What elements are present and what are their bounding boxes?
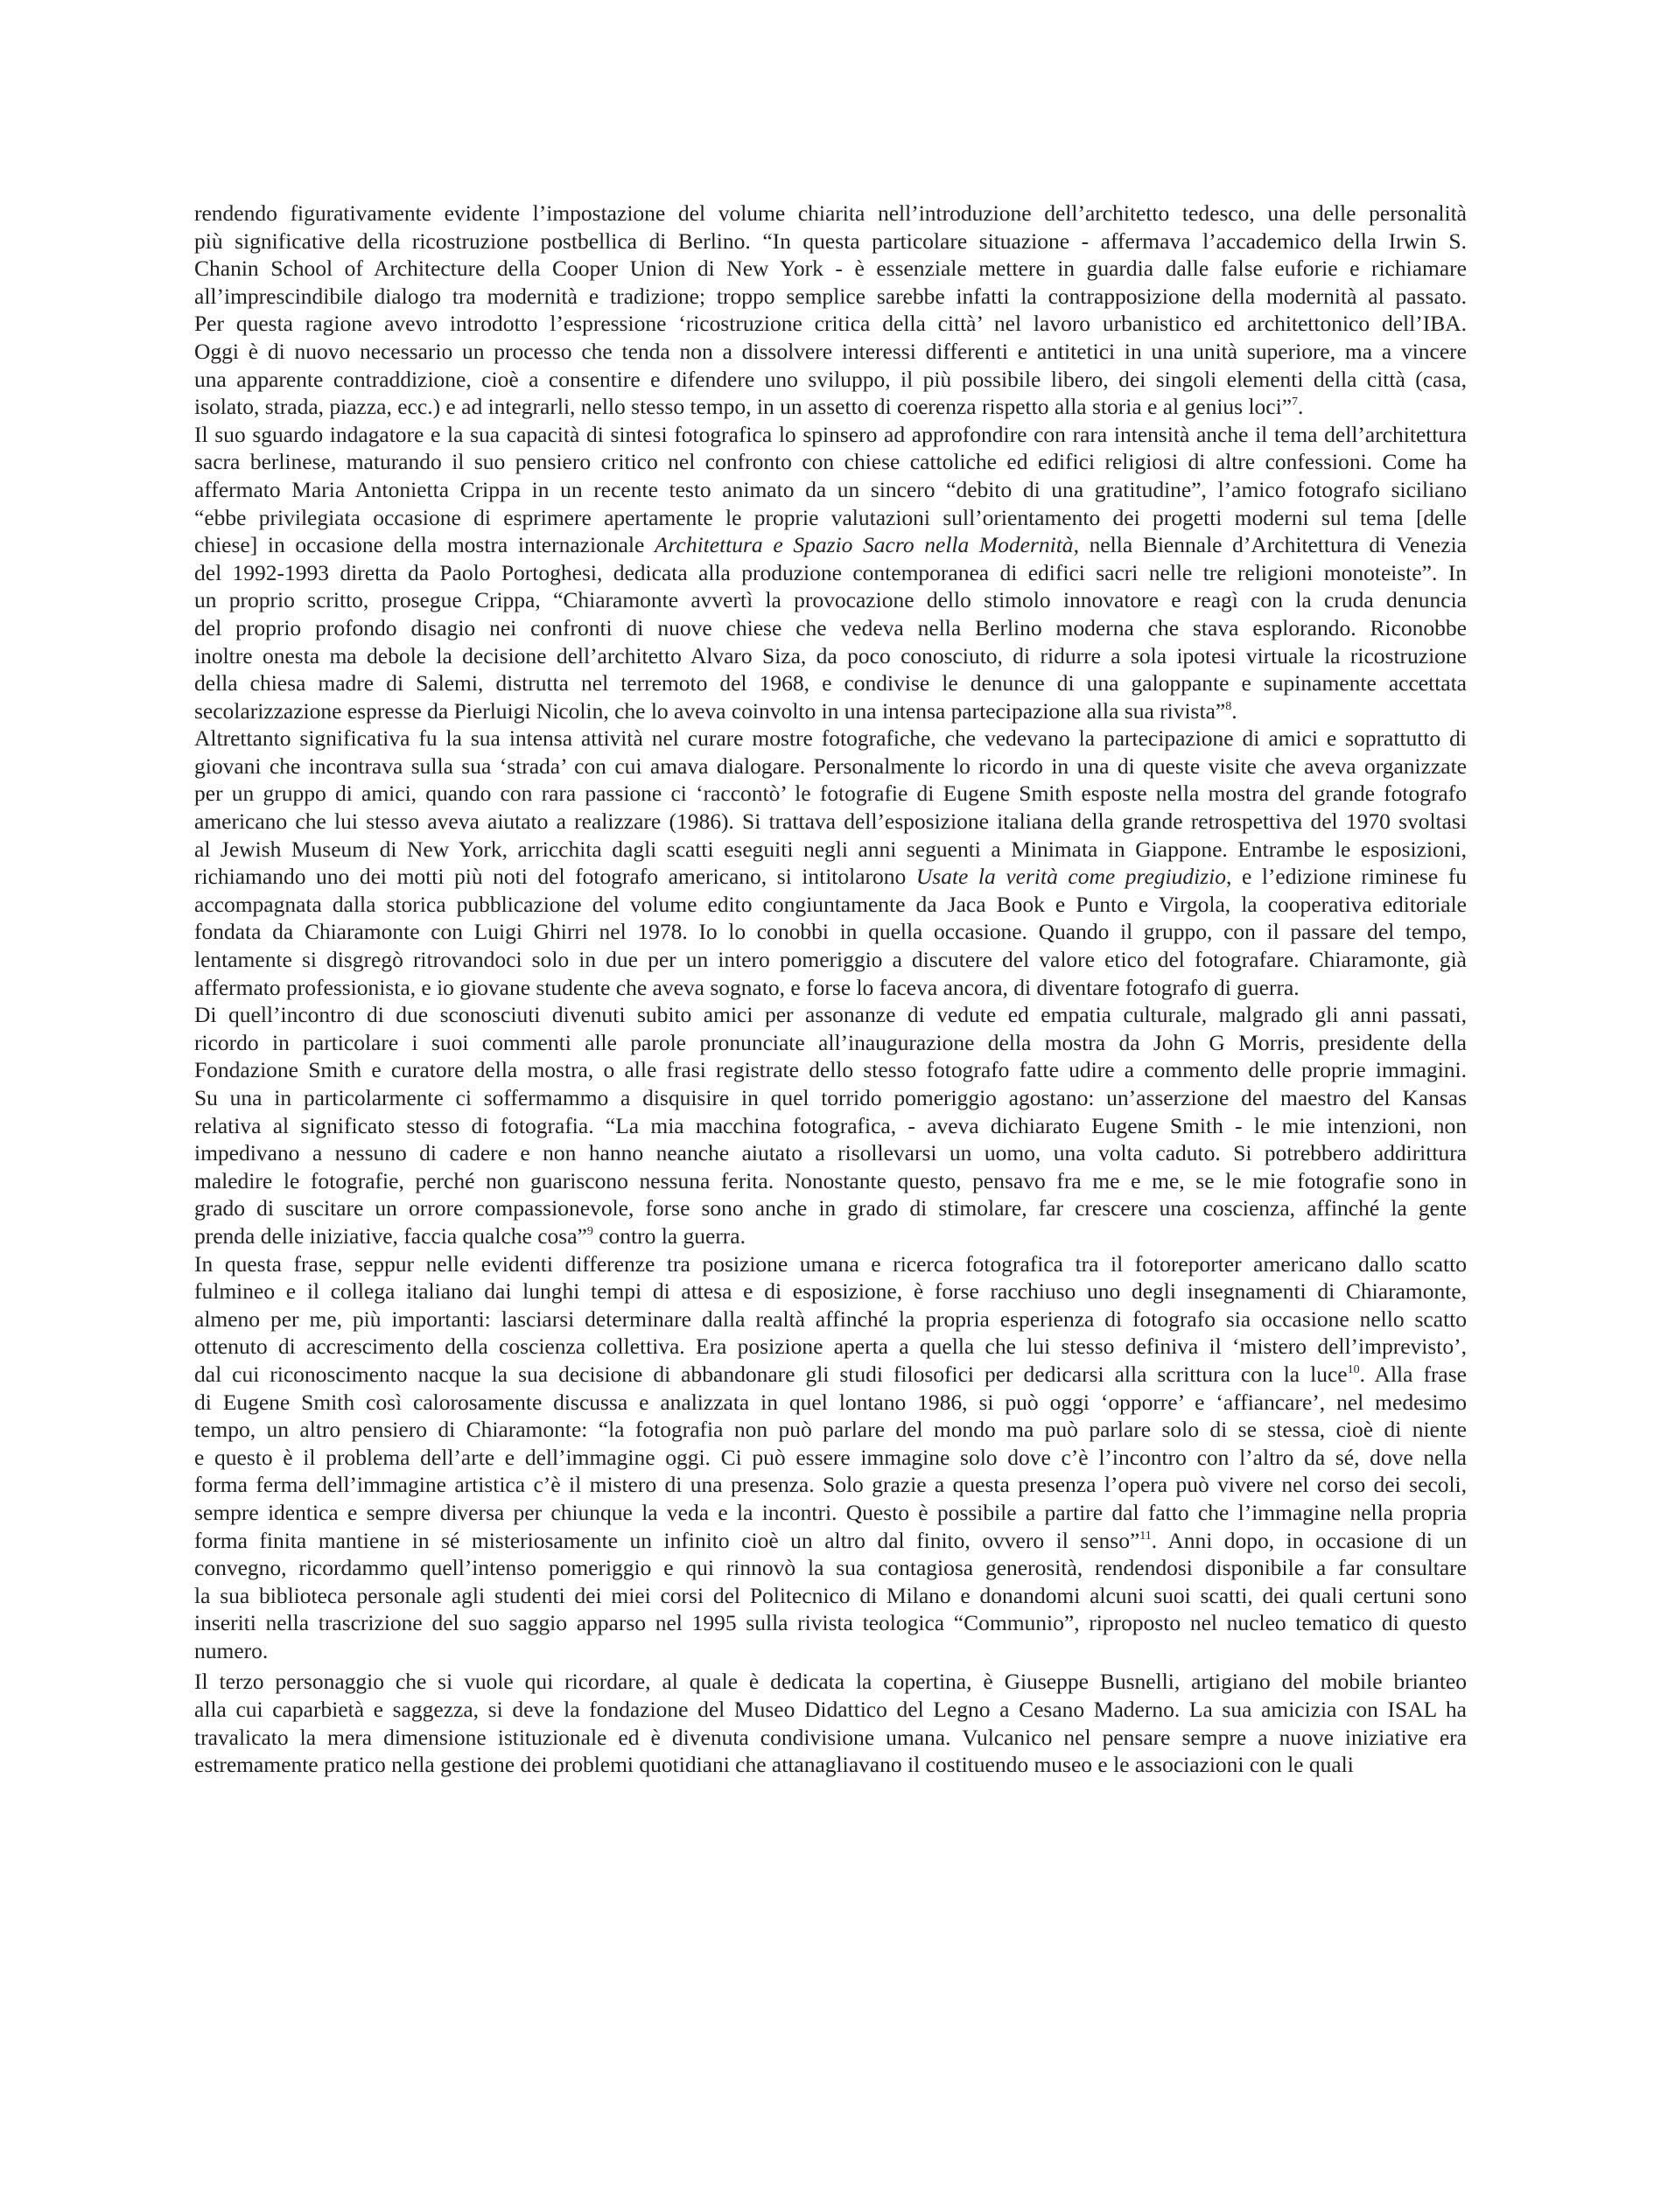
text-run: Il terzo personaggio che si vuole qui ri… (194, 1669, 1467, 1694)
text-run: grado di suscitare un orrore compassione… (194, 1195, 1467, 1221)
text-run: contro la guerra. (593, 1223, 746, 1249)
text-run: chiese] in occasione della mostra intern… (194, 532, 655, 557)
text-line: ottenuto di accrescimento della coscienz… (194, 1333, 1467, 1361)
text-line: fulmineo e il collega italiano dai lungh… (194, 1277, 1467, 1305)
text-run: accompagnata dalla storica pubblicazione… (194, 892, 1467, 917)
text-line: forma ferma dell’immagine artistica c’è … (194, 1471, 1467, 1499)
text-run: fondata da Chiaramonte con Luigi Ghirri … (194, 919, 1467, 944)
text-run: richiamando uno dei motti più noti del f… (194, 864, 916, 889)
text-run: inoltre onesta ma debole la decisione de… (194, 643, 1467, 668)
footnote-reference[interactable]: 8 (1225, 700, 1231, 713)
text-run: In questa frase, seppur nelle evidenti d… (194, 1251, 1467, 1277)
text-run: fulmineo e il collega italiano dai lungh… (194, 1278, 1467, 1304)
text-run: lentamente si disgregò ritrovandoci solo… (194, 947, 1467, 972)
text-line: affermato Maria Antonietta Crippa in un … (194, 476, 1467, 504)
text-run: la sua biblioteca personale agli student… (194, 1583, 1467, 1608)
text-line: secolarizzazione espresse da Pierluigi N… (194, 697, 1467, 725)
text-run: . (1298, 394, 1303, 419)
text-run: Per questa ragione avevo introdotto l’es… (194, 311, 1467, 336)
text-line: per un gruppo di amici, quando con rara … (194, 780, 1467, 808)
paragraph: Di quell’incontro di due sconosciuti div… (194, 1001, 1467, 1249)
text-line: chiese] in occasione della mostra intern… (194, 531, 1467, 559)
text-run: secolarizzazione espresse da Pierluigi N… (194, 698, 1225, 724)
text-line: numero. (194, 1637, 1467, 1665)
text-run: . Alla frase (1360, 1361, 1467, 1387)
italic-title: Architettura e Spazio Sacro nella Modern… (655, 532, 1074, 557)
text-line: alla cui caparbietà e saggezza, si deve … (194, 1696, 1467, 1724)
text-run: affermato professionista, e io giovane s… (194, 975, 1300, 1000)
text-line: estremamente pratico nella gestione dei … (194, 1751, 1467, 1779)
text-run: Il suo sguardo indagatore e la sua capac… (194, 422, 1467, 447)
text-line: Per questa ragione avevo introdotto l’es… (194, 310, 1467, 338)
text-line: Oggi è di nuovo necessario un processo c… (194, 338, 1467, 366)
text-run: Di quell’incontro di due sconosciuti div… (194, 1002, 1467, 1027)
text-run: tempo, un altro pensiero di Chiaramonte:… (194, 1417, 1467, 1442)
text-run: all’imprescindibile dialogo tra modernit… (194, 283, 1467, 309)
text-line: al Jewish Museum di New York, arricchita… (194, 836, 1467, 864)
text-line: richiamando uno dei motti più noti del f… (194, 863, 1467, 891)
text-line: Altrettanto significativa fu la sua inte… (194, 724, 1467, 752)
text-run: . Anni dopo, in occasione di un (1152, 1528, 1467, 1553)
text-run: americano che lui stesso aveva aiutato a… (194, 808, 1467, 834)
text-run: e questo è il problema dell’arte e dell’… (194, 1445, 1467, 1470)
text-run: , nella Biennale d’Architettura di Venez… (1074, 532, 1467, 557)
text-run: . (1231, 698, 1237, 724)
text-run: Oggi è di nuovo necessario un processo c… (194, 339, 1467, 364)
text-line: del 1992-1993 diretta da Paolo Portoghes… (194, 559, 1467, 587)
text-line: forma finita mantiene in sé misteriosame… (194, 1527, 1467, 1555)
text-line: americano che lui stesso aveva aiutato a… (194, 808, 1467, 836)
text-run: , e l’edizione riminese fu (1226, 864, 1467, 889)
text-run: del proprio profondo disagio nei confron… (194, 615, 1467, 640)
text-line: più significative della ricostruzione po… (194, 227, 1467, 255)
footnote-reference[interactable]: 10 (1348, 1363, 1360, 1376)
text-line: travalicato la mera dimensione istituzio… (194, 1724, 1467, 1752)
text-run: una apparente contraddizione, cioè a con… (194, 367, 1467, 392)
italic-title: Usate la verità come pregiudizio (916, 864, 1226, 889)
text-run: prenda delle iniziative, faccia qualche … (194, 1223, 587, 1249)
text-line: un proprio scritto, prosegue Crippa, “Ch… (194, 586, 1467, 614)
text-run: inseriti nella trascrizione del suo sagg… (194, 1610, 1467, 1635)
text-line: inoltre onesta ma debole la decisione de… (194, 642, 1467, 670)
text-run: alla cui caparbietà e saggezza, si deve … (194, 1697, 1467, 1722)
text-line: tempo, un altro pensiero di Chiaramonte:… (194, 1416, 1467, 1444)
text-line: Il terzo personaggio che si vuole qui ri… (194, 1668, 1467, 1696)
text-run: estremamente pratico nella gestione dei … (194, 1752, 1354, 1777)
text-line: grado di suscitare un orrore compassione… (194, 1194, 1467, 1222)
text-line: prenda delle iniziative, faccia qualche … (194, 1222, 1467, 1250)
text-run: forma finita mantiene in sé misteriosame… (194, 1528, 1139, 1553)
text-line: all’imprescindibile dialogo tra modernit… (194, 283, 1467, 311)
text-line: maledire le fotografie, perché non guari… (194, 1167, 1467, 1195)
text-line: la sua biblioteca personale agli student… (194, 1582, 1467, 1610)
text-run: forma ferma dell’immagine artistica c’è … (194, 1472, 1467, 1497)
text-line: Su una in particolarmente ci soffermammo… (194, 1084, 1467, 1112)
text-run: Su una in particolarmente ci soffermammo… (194, 1085, 1467, 1110)
text-run: al Jewish Museum di New York, arricchita… (194, 836, 1467, 862)
text-run: giovani che incontrava sulla sua ‘strada… (194, 753, 1467, 779)
paragraph: rendendo figurativamente evidente l’impo… (194, 199, 1467, 421)
text-run: numero. (194, 1638, 268, 1663)
text-run: convegno, ricordammo quell’intenso pomer… (194, 1555, 1467, 1580)
text-line: e questo è il problema dell’arte e dell’… (194, 1444, 1467, 1472)
text-run: isolato, strada, piazza, ecc.) e ad inte… (194, 394, 1292, 419)
text-line: accompagnata dalla storica pubblicazione… (194, 891, 1467, 919)
text-run: dal cui riconoscimento nacque la sua dec… (194, 1361, 1348, 1387)
text-run: travalicato la mera dimensione istituzio… (194, 1725, 1467, 1750)
text-line: convegno, ricordammo quell’intenso pomer… (194, 1554, 1467, 1582)
text-line: impedivano a nessuno di cadere e non han… (194, 1139, 1467, 1167)
document-page: rendendo figurativamente evidente l’impo… (194, 199, 1467, 1779)
text-line: del proprio profondo disagio nei confron… (194, 614, 1467, 642)
text-line: affermato professionista, e io giovane s… (194, 974, 1467, 1002)
text-line: Chanin School of Architecture della Coop… (194, 255, 1467, 283)
text-run: impedivano a nessuno di cadere e non han… (194, 1140, 1467, 1165)
footnote-reference[interactable]: 9 (587, 1225, 593, 1238)
text-line: della chiesa madre di Salemi, distrutta … (194, 669, 1467, 697)
text-line: Fondazione Smith e curatore della mostra… (194, 1056, 1467, 1084)
text-line: lentamente si disgregò ritrovandoci solo… (194, 946, 1467, 974)
text-run: un proprio scritto, prosegue Crippa, “Ch… (194, 587, 1467, 612)
footnote-reference[interactable]: 7 (1292, 395, 1298, 409)
paragraph: Il suo sguardo indagatore e la sua capac… (194, 421, 1467, 725)
text-run: sacra berlinese, maturando il suo pensie… (194, 449, 1467, 474)
footnote-reference[interactable]: 11 (1139, 1529, 1151, 1543)
text-run: almeno per me, più importanti: lasciarsi… (194, 1306, 1467, 1332)
text-run: maledire le fotografie, perché non guari… (194, 1168, 1467, 1193)
text-line: una apparente contraddizione, cioè a con… (194, 366, 1467, 394)
text-line: di Eugene Smith così calorosamente discu… (194, 1389, 1467, 1417)
text-run: sempre identica e sempre diversa per chi… (194, 1500, 1467, 1525)
text-line: ricordo in particolare i suoi commenti a… (194, 1029, 1467, 1057)
text-line: “ebbe privilegiata occasione di esprimer… (194, 504, 1467, 532)
text-run: ottenuto di accrescimento della coscienz… (194, 1333, 1467, 1359)
text-run: per un gruppo di amici, quando con rara … (194, 780, 1467, 806)
text-line: isolato, strada, piazza, ecc.) e ad inte… (194, 393, 1467, 421)
text-line: Il suo sguardo indagatore e la sua capac… (194, 421, 1467, 449)
text-line: dal cui riconoscimento nacque la sua dec… (194, 1361, 1467, 1389)
text-line: fondata da Chiaramonte con Luigi Ghirri … (194, 918, 1467, 946)
text-line: rendendo figurativamente evidente l’impo… (194, 199, 1467, 227)
text-run: di Eugene Smith così calorosamente discu… (194, 1389, 1467, 1415)
text-line: sempre identica e sempre diversa per chi… (194, 1499, 1467, 1527)
text-run: più significative della ricostruzione po… (194, 228, 1467, 254)
text-run: del 1992-1993 diretta da Paolo Portoghes… (194, 560, 1467, 585)
text-run: rendendo figurativamente evidente l’impo… (194, 200, 1467, 226)
text-line: giovani che incontrava sulla sua ‘strada… (194, 752, 1467, 780)
text-line: In questa frase, seppur nelle evidenti d… (194, 1250, 1467, 1278)
text-run: relativa al significato stesso di fotogr… (194, 1113, 1467, 1138)
text-line: almeno per me, più importanti: lasciarsi… (194, 1305, 1467, 1333)
text-run: Chanin School of Architecture della Coop… (194, 255, 1467, 281)
text-run: “ebbe privilegiata occasione di esprimer… (194, 505, 1467, 530)
text-line: relativa al significato stesso di fotogr… (194, 1112, 1467, 1140)
paragraph: Il terzo personaggio che si vuole qui ri… (194, 1668, 1467, 1778)
text-line: inseriti nella trascrizione del suo sagg… (194, 1609, 1467, 1637)
text-run: affermato Maria Antonietta Crippa in un … (194, 477, 1467, 502)
paragraph: In questa frase, seppur nelle evidenti d… (194, 1250, 1467, 1665)
text-run: Altrettanto significativa fu la sua inte… (194, 725, 1467, 751)
text-run: Fondazione Smith e curatore della mostra… (194, 1057, 1467, 1082)
text-run: ricordo in particolare i suoi commenti a… (194, 1030, 1467, 1055)
paragraph: Altrettanto significativa fu la sua inte… (194, 724, 1467, 1001)
text-line: Di quell’incontro di due sconosciuti div… (194, 1001, 1467, 1029)
text-line: sacra berlinese, maturando il suo pensie… (194, 448, 1467, 476)
text-run: della chiesa madre di Salemi, distrutta … (194, 670, 1467, 696)
